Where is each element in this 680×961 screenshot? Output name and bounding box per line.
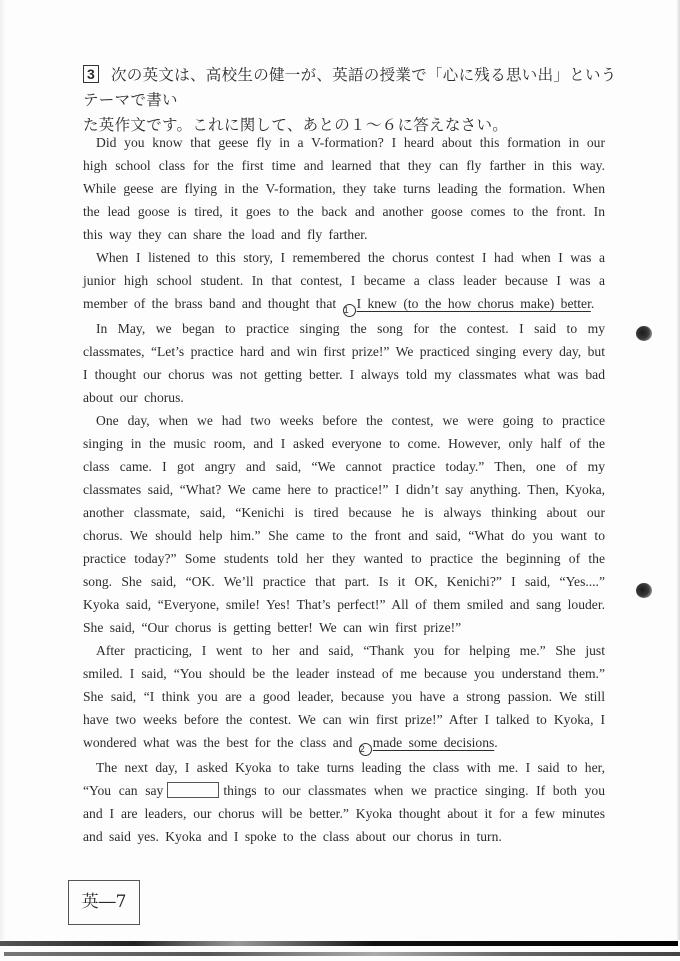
scan-bottom-edge-dark [0, 941, 678, 946]
instruction-line-1: 次の英文は、高校生の健一が、英語の授業で「心に残る思い出」というテーマで書い [83, 66, 617, 109]
paragraph-5-end: . [494, 735, 497, 750]
passage: Did you know that geese fly in a V-forma… [83, 131, 605, 848]
paragraph-2-end: . [591, 296, 594, 311]
scan-bottom-edge-light [4, 952, 680, 956]
scan-left-edge [0, 0, 6, 940]
paragraph-6: The next day, I asked Kyoka to take turn… [83, 756, 605, 848]
underlined-phrase-1: I knew (to the how chorus make) better [357, 296, 591, 311]
answer-blank-box [167, 782, 219, 798]
paragraph-1: Did you know that geese fly in a V-forma… [83, 131, 605, 246]
underline-marker-2: 2 [359, 743, 372, 756]
paragraph-4: One day, when we had two weeks before th… [83, 409, 605, 639]
punch-hole-lower [636, 583, 652, 598]
question-header: 3次の英文は、高校生の健一が、英語の授業で「心に残る思い出」というテーマで書い … [83, 63, 623, 138]
exam-page: 3次の英文は、高校生の健一が、英語の授業で「心に残る思い出」というテーマで書い … [0, 0, 680, 961]
paragraph-3: In May, we began to practice singing the… [83, 317, 605, 409]
page-number-box: 英―7 [68, 880, 140, 925]
paragraph-5: After practicing, I went to her and said… [83, 639, 605, 756]
question-number-box: 3 [83, 65, 99, 83]
paragraph-2: When I listened to this story, I remembe… [83, 246, 605, 317]
underline-marker-1: 1 [343, 304, 356, 317]
paragraph-5-text: After practicing, I went to her and said… [83, 643, 605, 750]
underlined-phrase-2: made some decisions [373, 735, 495, 750]
punch-hole-upper [636, 326, 652, 341]
